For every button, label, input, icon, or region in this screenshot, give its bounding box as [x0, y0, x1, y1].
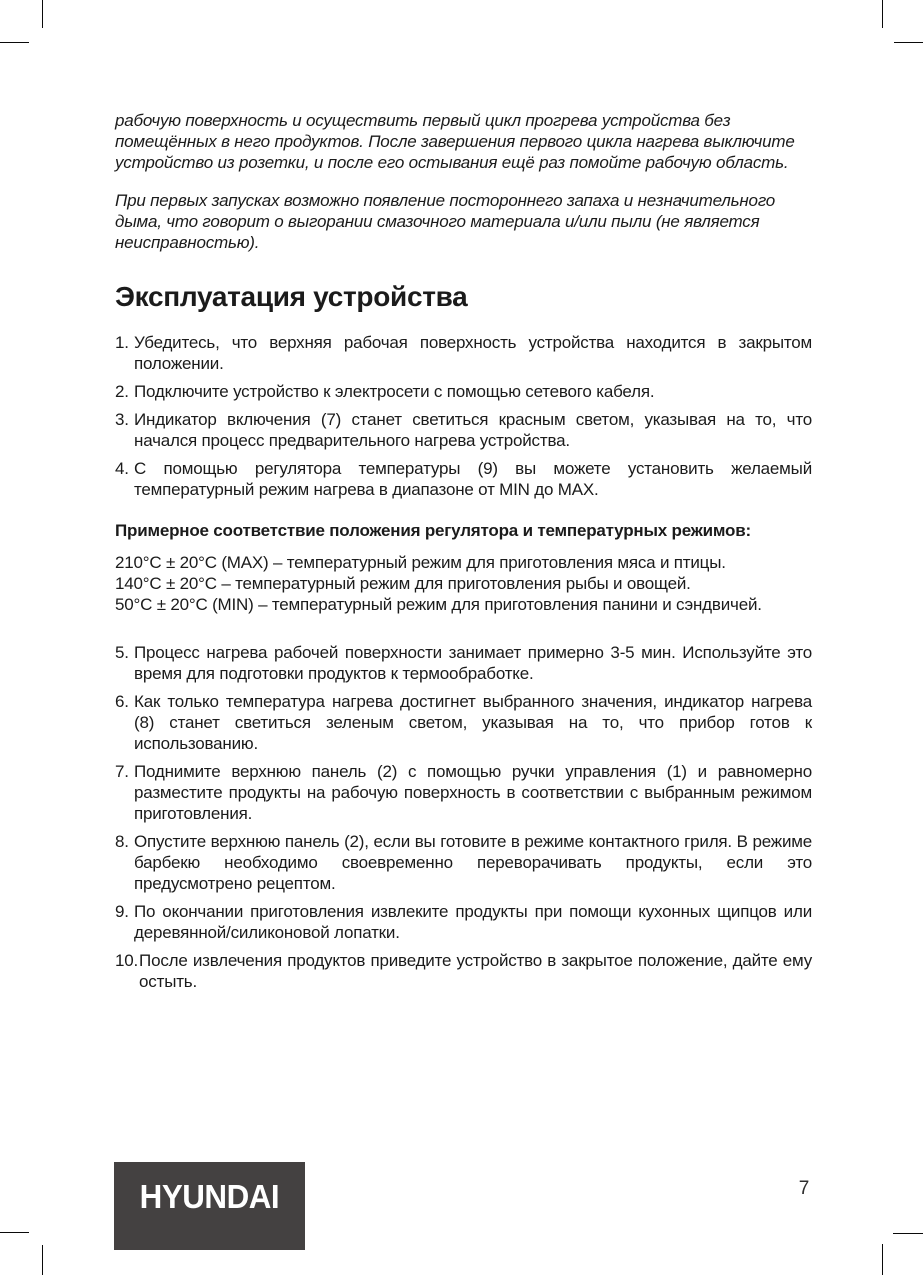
- crop-mark-top-left-horizontal: [0, 42, 29, 44]
- hyundai-logo-text: HYUNDAI: [140, 1178, 280, 1216]
- step-item-7: 7. Поднимите верхнюю панель (2) с помощь…: [115, 761, 812, 824]
- step-item-6: 6. Как только температура нагрева достиг…: [115, 691, 812, 754]
- crop-mark-top-right-vertical: [882, 0, 884, 28]
- crop-mark-top-right-horizontal: [894, 42, 923, 44]
- steps-list-1-4: 1. Убедитесь, что верхняя рабочая поверх…: [115, 332, 812, 500]
- temperature-line-min: 50°C ± 20°C (MIN) – температурный режим …: [115, 594, 812, 615]
- step-item-8: 8. Опустите верхнюю панель (2), если вы …: [115, 831, 812, 894]
- step-number: 3.: [115, 409, 134, 451]
- step-text: Подключите устройство к электросети с по…: [134, 381, 812, 402]
- page-number: 7: [789, 1178, 819, 1200]
- crop-mark-bottom-left-horizontal: [0, 1232, 29, 1234]
- step-text: По окончании приготовления извлеките про…: [134, 901, 812, 943]
- step-item-2: 2. Подключите устройство к электросети с…: [115, 381, 812, 402]
- section-title: Эксплуатация устройства: [115, 282, 812, 311]
- step-number: 4.: [115, 458, 134, 500]
- step-text: Индикатор включения (7) станет светиться…: [134, 409, 812, 451]
- intro-paragraph-2: При первых запусках возможно появление п…: [115, 190, 812, 253]
- step-text: После извлечения продуктов приведите уст…: [139, 950, 812, 992]
- temperature-note-lines: 210°C ± 20°C (MAX) – температурный режим…: [115, 552, 812, 615]
- crop-mark-bottom-right-vertical: [882, 1244, 884, 1275]
- step-number: 10.: [115, 950, 139, 992]
- step-text: Убедитесь, что верхняя рабочая поверхнос…: [134, 332, 812, 374]
- step-number: 7.: [115, 761, 134, 824]
- page-content: рабочую поверхность и осуществить первый…: [115, 110, 812, 992]
- temperature-line-mid: 140°C ± 20°C – температурный режим для п…: [115, 573, 812, 594]
- crop-mark-bottom-right-horizontal: [893, 1233, 923, 1235]
- step-item-5: 5. Процесс нагрева рабочей поверхности з…: [115, 642, 812, 684]
- intro-paragraph-1: рабочую поверхность и осуществить первый…: [115, 110, 812, 173]
- temperature-note-title: Примерное соответствие положения регулят…: [115, 520, 812, 541]
- step-number: 5.: [115, 642, 134, 684]
- step-number: 9.: [115, 901, 134, 943]
- step-text: С помощью регулятора температуры (9) вы …: [134, 458, 812, 500]
- crop-mark-top-left-vertical: [42, 0, 44, 28]
- step-item-3: 3. Индикатор включения (7) станет светит…: [115, 409, 812, 451]
- step-item-10: 10. После извлечения продуктов приведите…: [115, 950, 812, 992]
- crop-mark-bottom-left-vertical: [42, 1245, 44, 1275]
- step-number: 2.: [115, 381, 134, 402]
- step-item-1: 1. Убедитесь, что верхняя рабочая поверх…: [115, 332, 812, 374]
- step-text: Поднимите верхнюю панель (2) с помощью р…: [134, 761, 812, 824]
- hyundai-logo: HYUNDAI: [114, 1162, 305, 1250]
- step-item-9: 9. По окончании приготовления извлеките …: [115, 901, 812, 943]
- step-text: Опустите верхнюю панель (2), если вы гот…: [134, 831, 812, 894]
- temperature-line-max: 210°C ± 20°C (MAX) – температурный режим…: [115, 552, 812, 573]
- step-text: Как только температура нагрева достигнет…: [134, 691, 812, 754]
- step-number: 1.: [115, 332, 134, 374]
- step-item-4: 4. С помощью регулятора температуры (9) …: [115, 458, 812, 500]
- step-number: 6.: [115, 691, 134, 754]
- step-number: 8.: [115, 831, 134, 894]
- steps-list-5-10: 5. Процесс нагрева рабочей поверхности з…: [115, 642, 812, 992]
- step-text: Процесс нагрева рабочей поверхности зани…: [134, 642, 812, 684]
